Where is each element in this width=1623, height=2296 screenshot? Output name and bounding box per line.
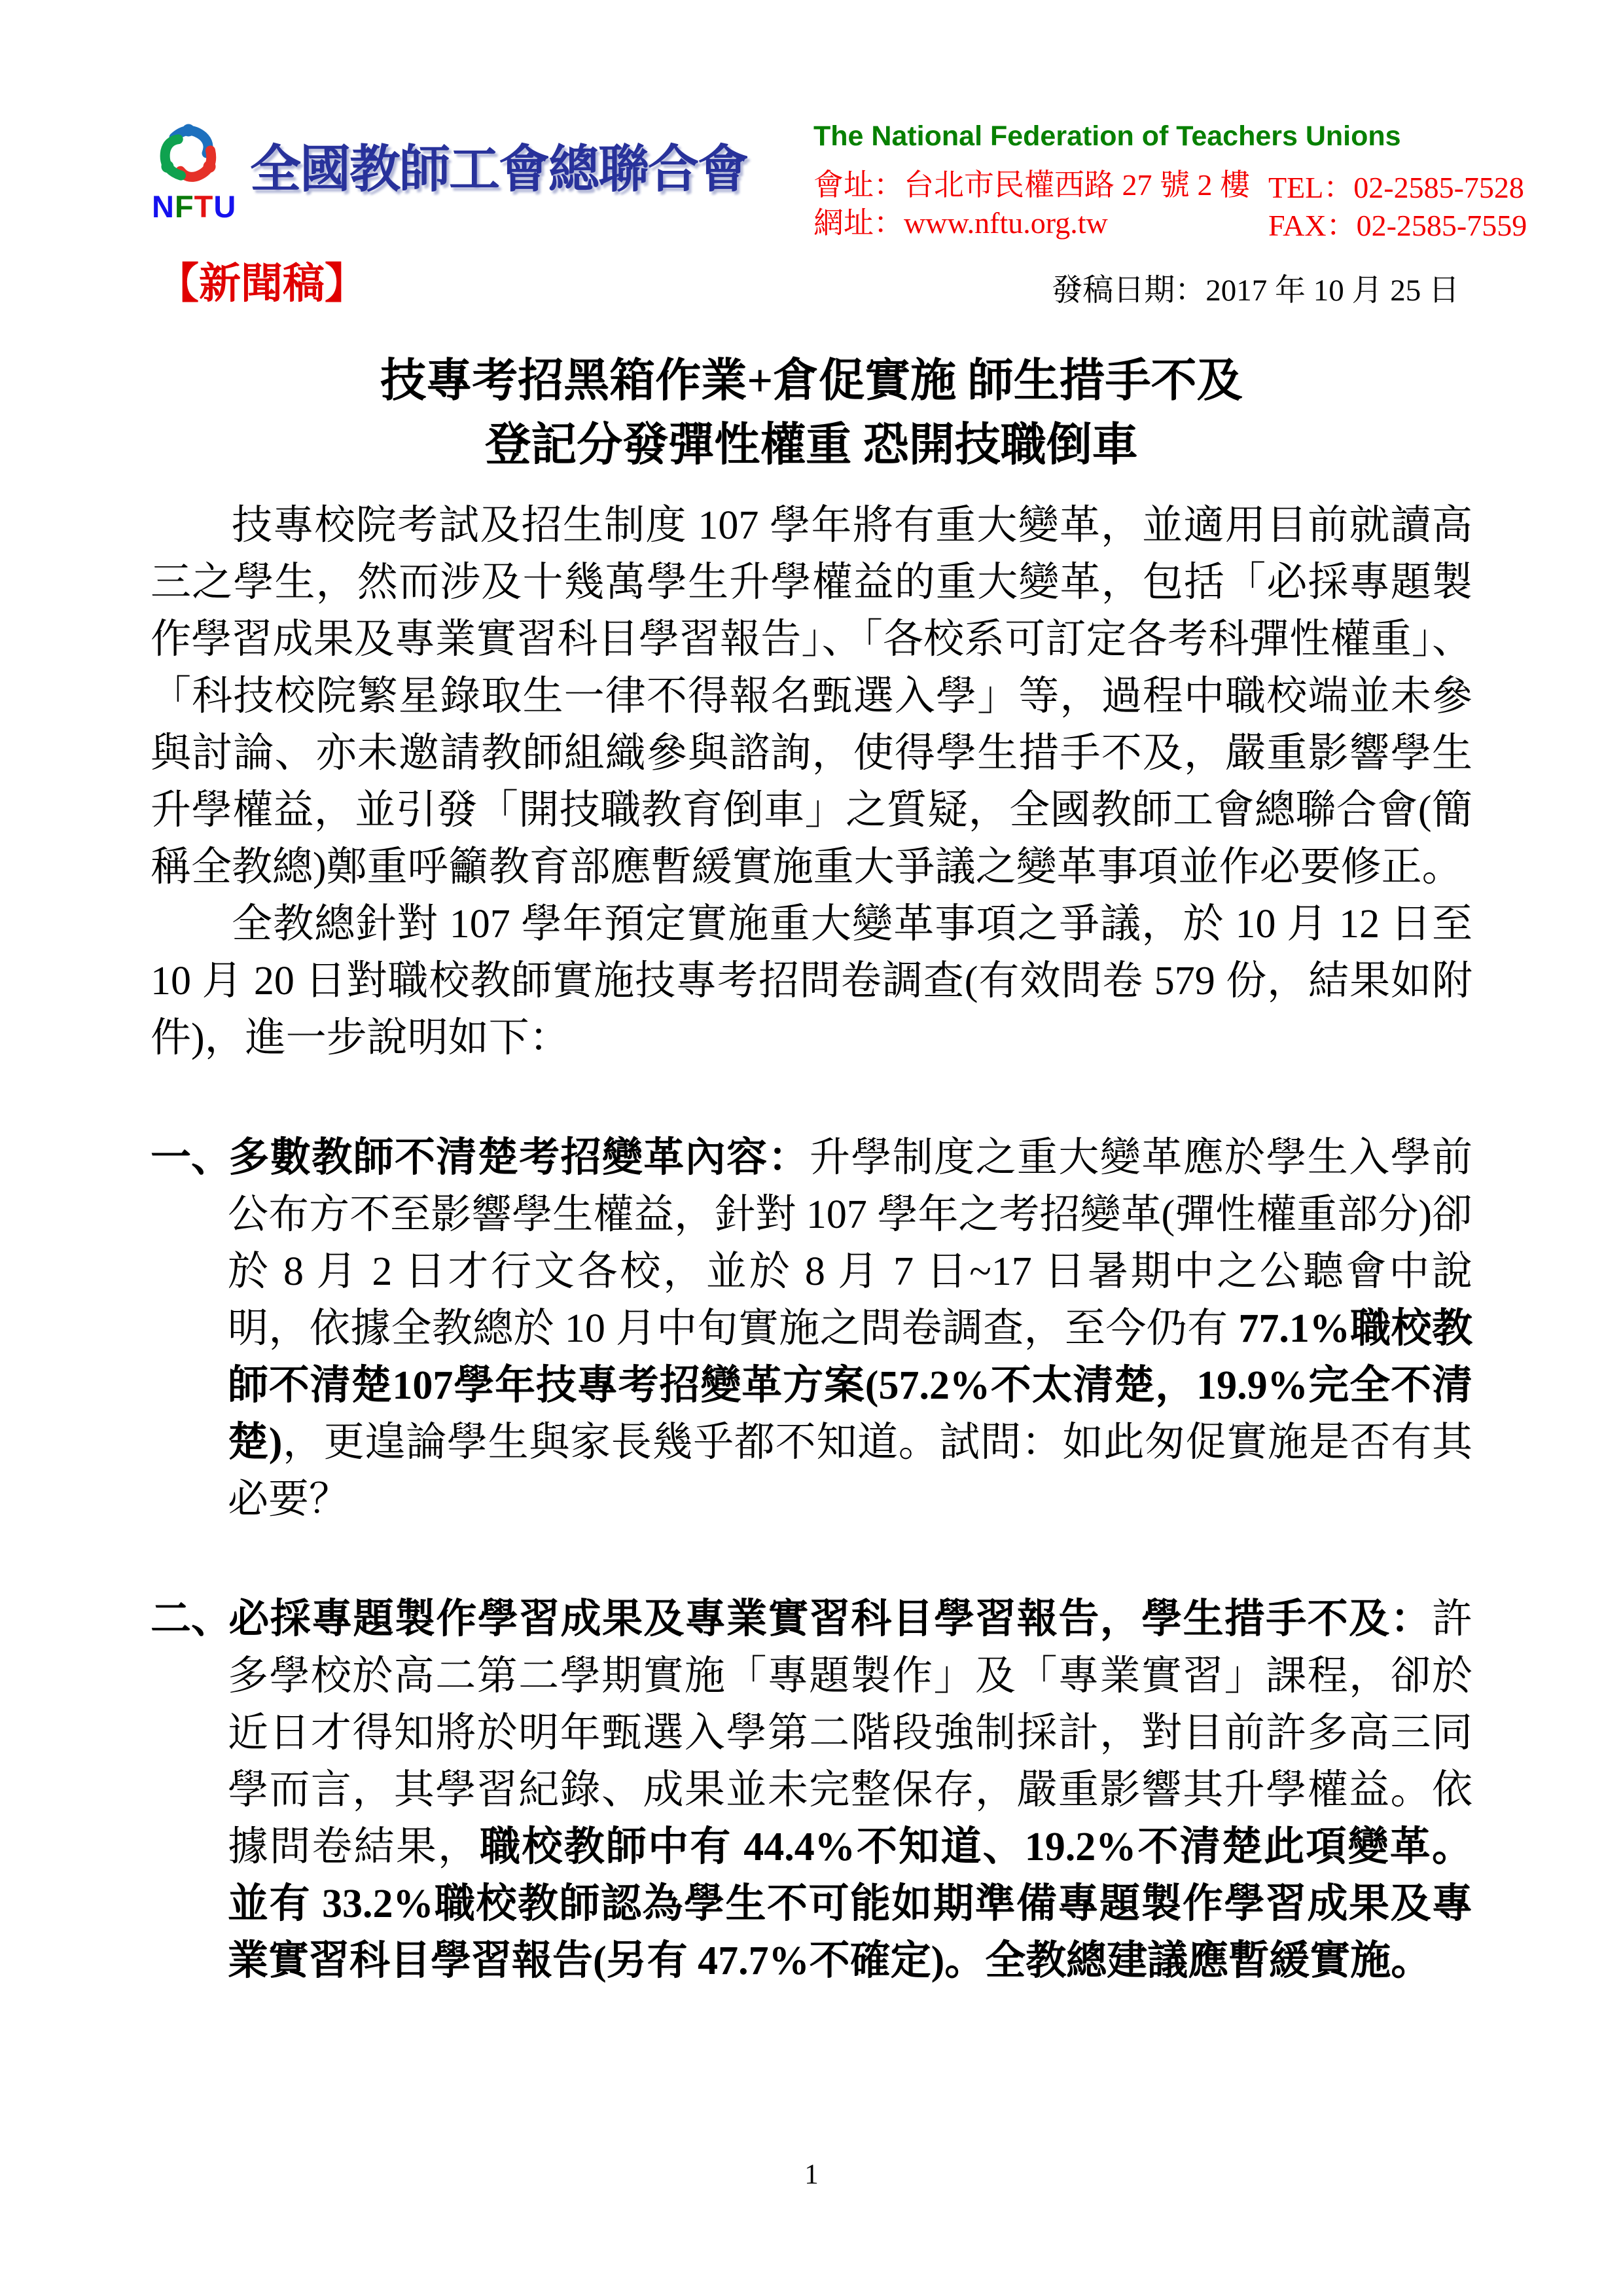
website-line: 網址：www.nftu.org.tw [813,199,1108,242]
text-run: 多數教師不清楚考招變革內容： [228,1136,810,1180]
fax-line: FAX：02-2585-7559 [1268,202,1527,245]
text-run: 技專校院考試及招生制度 107 學年將有重大變革，並適用目前就讀高三之學生，然而… [151,503,1472,889]
nftu-logo-icon [149,113,228,192]
doc-type-label: 【新聞稿】 [157,250,366,310]
paragraph-intro: 技專校院考試及招生制度 107 學年將有重大變革，並適用目前就讀高三之學生，然而… [151,497,1472,896]
numbered-section-2: 二、必採專題製作學習成果及專業實習科目學習報告，學生措手不及：許多學校於高二第二… [151,1591,1472,1990]
text-run: 必採專題製作學習成果及專業實習科目學習報告，學生措手不及： [228,1597,1432,1641]
paragraph-survey: 全教總針對 107 學年預定實施重大變革事項之爭議，於 10 月 12 日至 1… [151,896,1472,1067]
address-line: 會址：台北市民權西路 27 號 2 樓 [813,161,1250,204]
page-number: 1 [0,2159,1623,2191]
acronym-letter: F [175,189,194,224]
text-run: ，更遑論學生與家長幾乎都不知道。試問：如此匆促實施是否有其必要？ [228,1420,1472,1522]
acronym-letter: T [194,189,214,224]
release-date: 發稿日期：2017 年 10 月 25 日 [1052,266,1459,310]
tel-line: TEL：02-2585-7528 [1268,164,1524,207]
org-name-en: The National Federation of Teachers Unio… [813,120,1401,152]
acronym-letter: U [213,189,236,224]
section-1-marker: 一、 [151,1130,228,1187]
numbered-section-1: 一、多數教師不清楚考招變革內容：升學制度之重大變革應於學生入學前公布方不至影響學… [151,1130,1472,1528]
headline: 技專考招黑箱作業+倉促實施 師生措手不及 登記分發彈性權重 恐開技職倒車 [151,350,1472,478]
press-release-page: NFTU 全國教師工會總聯合會 The National Federation … [0,0,1623,2296]
body-text: 技專校院考試及招生制度 107 學年將有重大變革，並適用目前就讀高三之學生，然而… [151,497,1472,1990]
org-name-zh: 全國教師工會總聯合會 [250,128,747,202]
nftu-acronym: NFTU [152,188,236,224]
section-2-marker: 二、 [151,1591,228,1648]
acronym-letter: N [152,189,175,224]
text-run: 全教總針對 107 學年預定實施重大變革事項之爭議，於 10 月 12 日至 1… [151,902,1472,1060]
headline-line2: 登記分發彈性權重 恐開技職倒車 [151,414,1472,478]
section-2-text: 必採專題製作學習成果及專業實習科目學習報告，學生措手不及：許多學校於高二第二學期… [228,1597,1472,1983]
section-1-text: 多數教師不清楚考招變革內容：升學制度之重大變革應於學生入學前公布方不至影響學生權… [228,1136,1472,1522]
headline-line1: 技專考招黑箱作業+倉促實施 師生措手不及 [151,350,1472,414]
